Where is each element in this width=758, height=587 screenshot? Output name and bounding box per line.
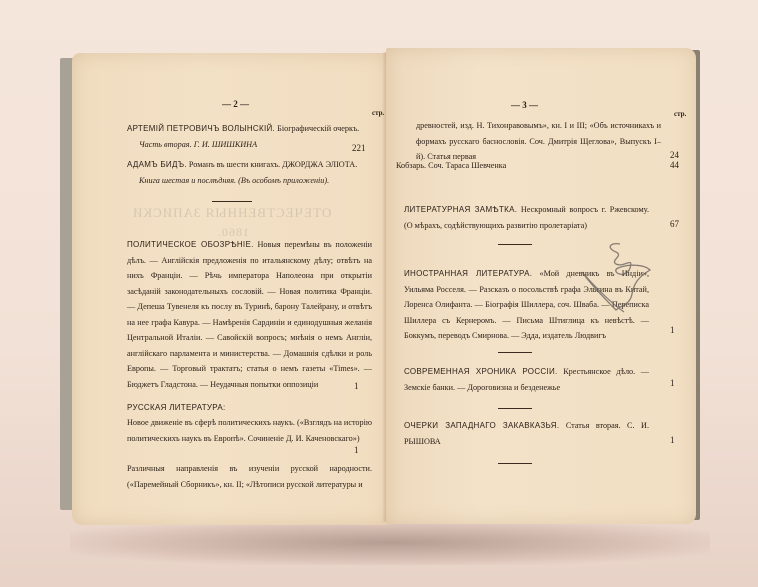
toc-entry: Новое движеніе въ сферѣ политическихъ на… — [127, 415, 372, 446]
pencil-scribble-icon — [580, 238, 670, 328]
toc-entry: ОЧЕРКИ ЗАПАДНАГО ЗАКАВКАЗЬЯ. Статья втор… — [404, 418, 649, 449]
toc-entry: Различныя направленія въ изученіи русско… — [127, 461, 372, 492]
toc-entry: ЛИТЕРАТУРНАЯ ЗАМѢТКА. Нескромный вопросъ… — [404, 202, 649, 233]
divider — [498, 352, 532, 353]
toc-page-ref: 1 — [354, 445, 359, 455]
page-number: — 3 — — [511, 100, 538, 110]
toc-entry: АРТЕМІЙ ПЕТРОВИЧЪ ВОЛЫНСКІЙ. Біографичес… — [127, 121, 372, 152]
divider — [498, 244, 532, 245]
page-number: — 2 — — [222, 99, 249, 109]
toc-entry: АДАМЪ БИДЪ. Романъ въ шести книгахъ. ДЖО… — [127, 157, 372, 188]
toc-section-heading: РУССКАЯ ЛИТЕРАТУРА: — [127, 400, 372, 416]
toc-page-ref: 1 — [354, 381, 359, 391]
divider — [498, 463, 532, 464]
toc-page-ref: 44 — [670, 160, 679, 170]
book-shadow — [70, 520, 710, 565]
toc-page-ref: 1 — [670, 378, 675, 388]
page-column-label: стр. — [674, 110, 686, 118]
toc-entry: Кобзарь. Соч. Тараса Шевченка — [396, 158, 641, 174]
divider — [212, 201, 252, 202]
toc-page-ref: 1 — [670, 325, 675, 335]
divider — [498, 408, 532, 409]
left-page: ОТЕЧЕСТВЕННЫЯ ЗАПИСКИ 1860. — 2 — стр. А… — [72, 53, 388, 525]
toc-page-ref: 221 — [352, 143, 366, 153]
toc-page-ref: 1 — [670, 435, 675, 445]
toc-entry: СОВРЕМЕННАЯ ХРОНИКА РОССІИ. Крестьянское… — [404, 364, 649, 395]
toc-entry: ПОЛИТИЧЕСКОЕ ОБОЗРѢНІЕ. Новыя перемѣны в… — [127, 237, 372, 392]
toc-page-ref: 24 — [670, 150, 679, 160]
toc-page-ref: 67 — [670, 219, 679, 229]
bleed-through-title: ОТЕЧЕСТВЕННЫЯ ЗАПИСКИ — [132, 205, 331, 221]
